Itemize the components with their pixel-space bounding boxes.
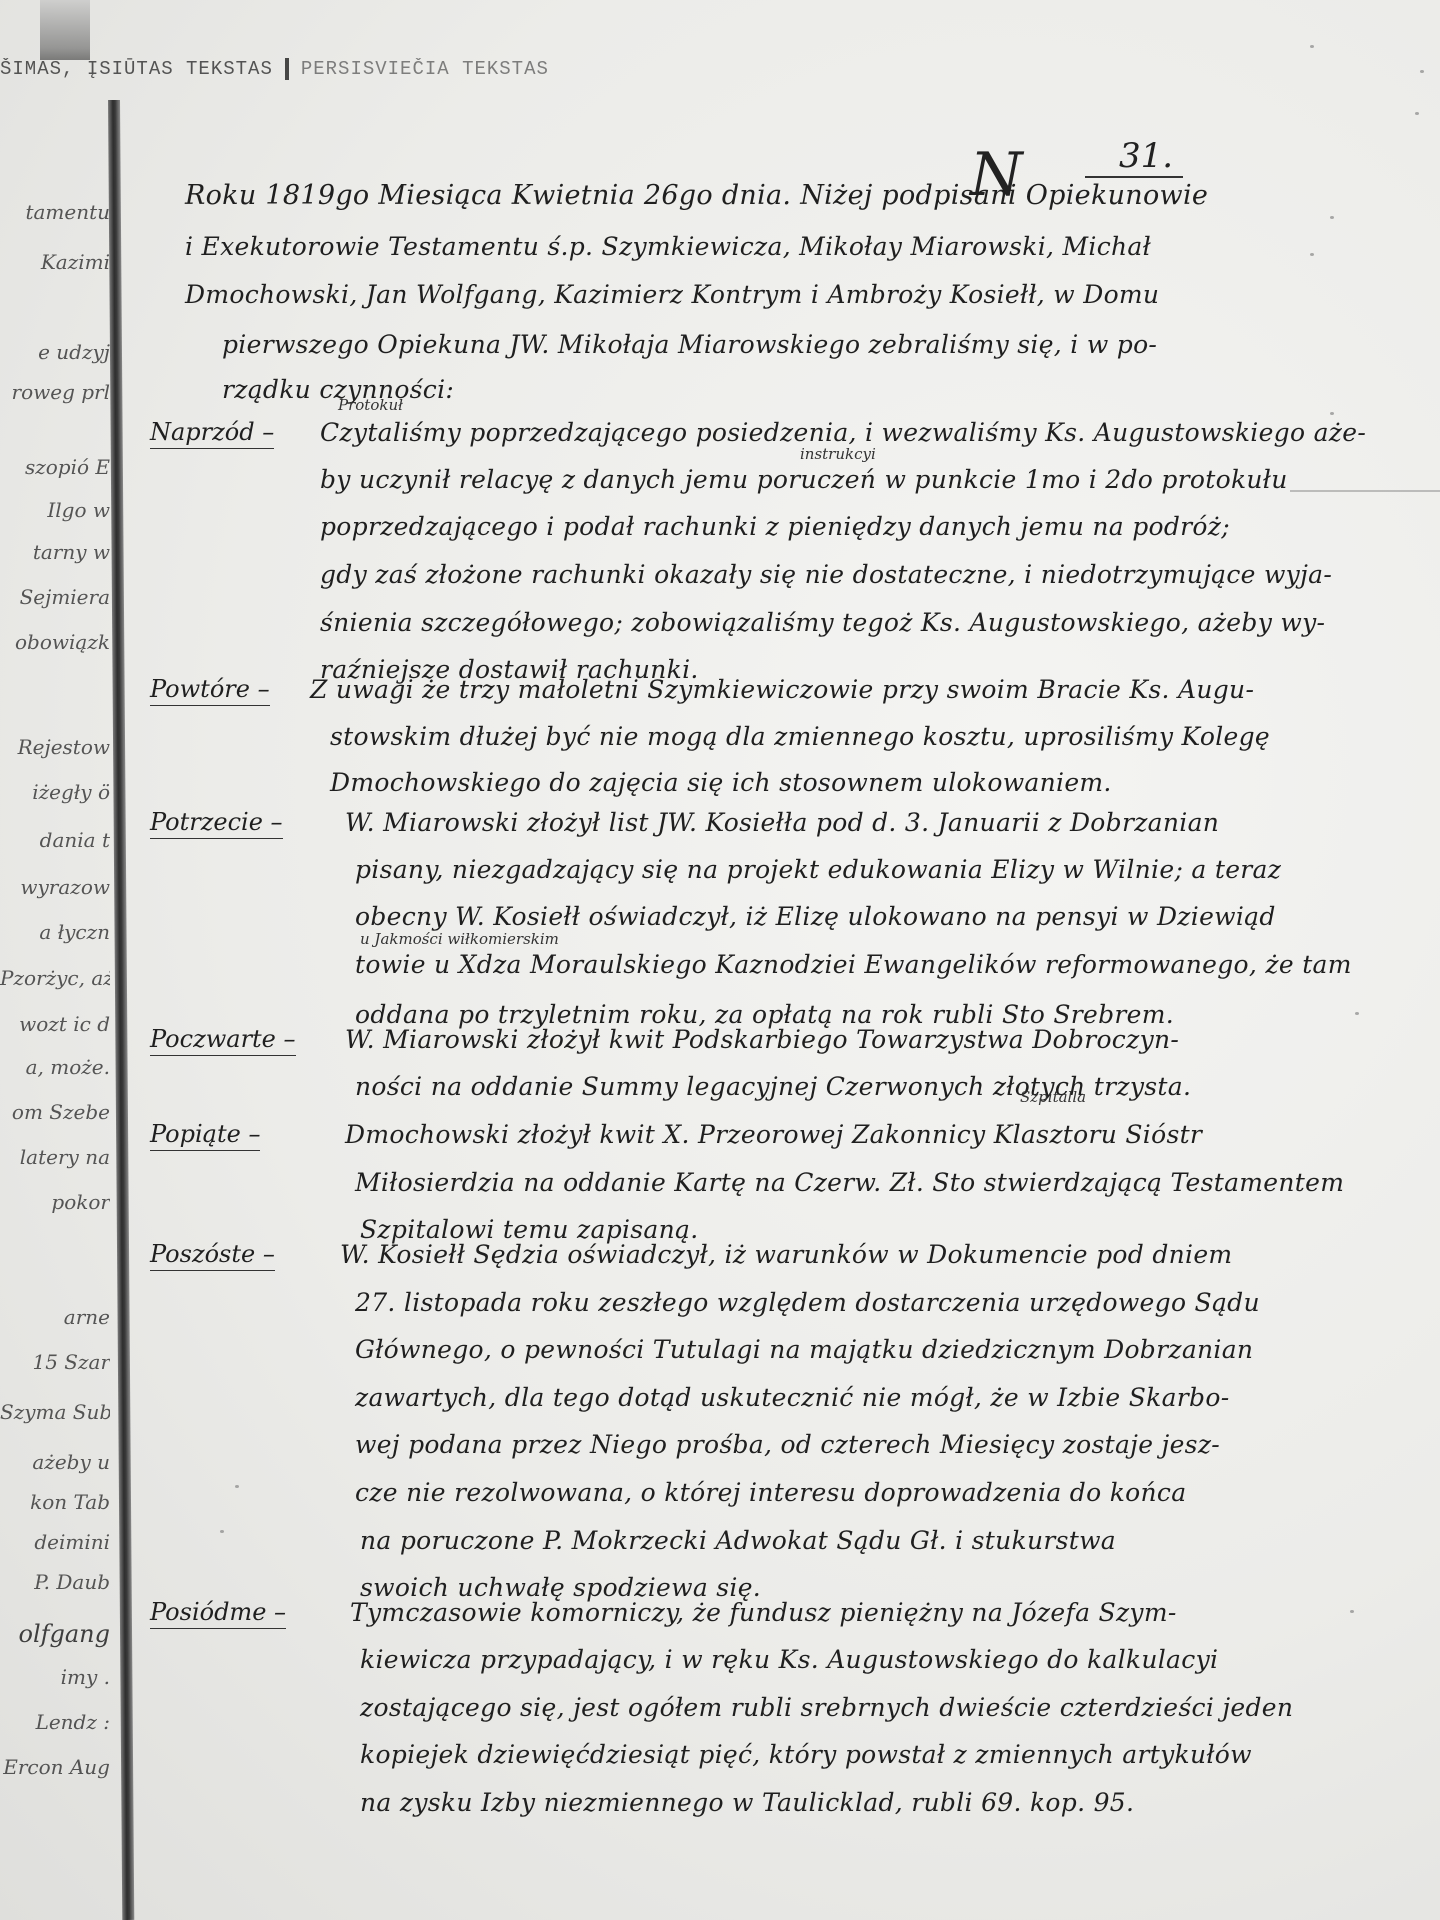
section-line: Dmochowski złożył kwit X. Przeorowej Zak… (345, 1120, 1202, 1149)
margin-fragment: obowiązk (0, 630, 110, 654)
scan-speck (1350, 1610, 1354, 1613)
section-line: na zysku Izby niezmiennego w Taulicklad,… (360, 1788, 1134, 1817)
section-line: W. Miarowski złożył list JW. Kosiełła po… (345, 808, 1219, 837)
section-heading-powtore: Powtóre (150, 675, 270, 706)
section-line: zostającego się, jest ogółem rubli srebr… (360, 1693, 1293, 1722)
section-line: Miłosierdzia na oddanie Kartę na Czerw. … (355, 1168, 1344, 1197)
section-line: pisany, niezgadzający się na projekt edu… (355, 855, 1281, 884)
margin-fragment: kon Tab (0, 1490, 110, 1514)
section-line: poprzedzającego i podał rachunki z pieni… (320, 512, 1230, 541)
margin-fragment: szopió E (0, 455, 110, 479)
section-heading-posiodme: Posiódme (150, 1598, 286, 1629)
margin-fragment: Szyma Sub (0, 1400, 110, 1424)
section-line: Głównego, o pewności Tutulagi na majątku… (355, 1335, 1253, 1364)
section-heading-poczwarte: Poczwarte (150, 1025, 296, 1056)
intro-line: Roku 1819go Miesiąca Kwietnia 26go dnia.… (185, 180, 1208, 211)
margin-fragment: deimini (0, 1530, 110, 1554)
margin-fragment: 15 Szar (0, 1350, 110, 1374)
interlinear-insert: instrukcyi (800, 445, 876, 463)
section-heading-potrzecie: Potrzecie (150, 808, 283, 839)
margin-fragment: imy . (0, 1665, 110, 1689)
margin-fragment: roweg prl (0, 380, 110, 404)
section-line: cze nie rezolwowana, o której interesu d… (355, 1478, 1186, 1507)
margin-fragment: tarny w (0, 540, 110, 564)
intro-line: Dmochowski, Jan Wolfgang, Kazimierz Kont… (185, 280, 1159, 309)
intro-line: i Exekutorowie Testamentu ś.p. Szymkiewi… (185, 232, 1151, 261)
stamp-separator (285, 58, 289, 80)
fold-mark (1290, 490, 1440, 492)
margin-fragment: a łyczn (0, 920, 110, 944)
margin-fragment: e udzyj (0, 340, 110, 364)
scan-speck (1310, 45, 1314, 48)
section-line: Z uwagi że trzy małoletni Szymkiewiczowi… (310, 675, 1254, 704)
section-line: śnienia szczegółowego; zobowiązaliśmy te… (320, 608, 1325, 637)
margin-fragment: pokor (0, 1190, 110, 1214)
interlinear-insert: u Jakmości wiłkomierskim (360, 930, 559, 948)
section-line: wej podana przez Niego prośba, od cztere… (355, 1430, 1220, 1459)
interlinear-insert: Protokuł (338, 396, 403, 414)
binding-line (108, 100, 134, 1920)
scan-speck (1330, 216, 1334, 219)
section-line: stowskim dłużej być nie mogą dla zmienne… (330, 722, 1270, 751)
scan-speck (235, 1485, 239, 1488)
margin-fragment: Lendz : (0, 1710, 110, 1734)
section-line: Dmochowskiego do zajęcia się ich stosown… (330, 768, 1112, 797)
margin-fragment: Kazimi (0, 250, 110, 274)
margin-fragment: P. Daub (0, 1570, 110, 1594)
section-line: by uczynił relacyę z danych jemu porucze… (320, 465, 1288, 494)
margin-fragment: Ercon Aug (0, 1755, 110, 1779)
margin-fragment: Sejmiera (0, 585, 110, 609)
margin-fragment: a, może. (0, 1055, 110, 1079)
section-line: towie u Xdza Moraulskiego Kaznodziei Ewa… (355, 950, 1352, 979)
margin-fragment: Ilgo w (0, 498, 110, 522)
scan-speck (1415, 112, 1419, 115)
section-line: Czytaliśmy poprzedzającego posiedzenia, … (320, 418, 1366, 447)
section-line: Tymczasowie komorniczy, że fundusz pieni… (350, 1598, 1177, 1627)
section-line: W. Miarowski złożył kwit Podskarbiego To… (345, 1025, 1179, 1054)
section-heading-popiate: Popiąte (150, 1120, 260, 1151)
intro-line: pierwszego Opiekuna JW. Mikołaja Miarows… (222, 330, 1157, 359)
section-line: 27. listopada roku zeszłego względem dos… (355, 1288, 1260, 1317)
scan-speck (1330, 412, 1334, 415)
interlinear-insert: Szpitalla (1020, 1088, 1086, 1106)
scan-speck (1355, 1012, 1359, 1015)
reference-number: 31. (1085, 136, 1183, 178)
scan-speck (1310, 253, 1314, 256)
section-line: gdy zaś złożone rachunki okazały się nie… (320, 560, 1332, 589)
section-heading-poszoste: Poszóste (150, 1240, 275, 1271)
margin-fragment: Rejestow (0, 735, 110, 759)
section-line: na poruczone P. Mokrzecki Adwokat Sądu G… (360, 1526, 1116, 1555)
section-line: zawartych, dla tego dotąd uskutecznić ni… (355, 1383, 1229, 1412)
margin-fragment: olfgang (0, 1620, 110, 1648)
section-heading-naprzod: Naprzód (150, 418, 274, 449)
margin-fragment: Pzorżyc, aż (0, 966, 110, 990)
left-page-fragments: tamentu Kazimi e udzyj roweg prl szopió … (0, 0, 110, 1920)
section-line: W. Kosiełł Sędzia oświadczył, iż warunkó… (340, 1240, 1232, 1269)
scan-speck (220, 1530, 224, 1533)
section-line: kiewicza przypadający, i w ręku Ks. Augu… (360, 1645, 1218, 1674)
margin-fragment: latery na (0, 1145, 110, 1169)
margin-fragment: om Szebe (0, 1100, 110, 1124)
margin-fragment: ażeby u (0, 1450, 110, 1474)
document-page: ŠIMAS, ĮSIŪTAS TEKSTASPERSISVIEČIA TEKST… (0, 0, 1440, 1920)
margin-fragment: iżegły ö (0, 780, 110, 804)
margin-fragment: wozt ic d (0, 1012, 110, 1036)
margin-fragment: wyrazow (0, 875, 110, 899)
stamp-right-text: PERSISVIEČIA TEKSTAS (301, 58, 549, 80)
scan-speck (1420, 70, 1424, 73)
margin-fragment: tamentu (0, 200, 110, 224)
margin-fragment: dania t (0, 828, 110, 852)
margin-fragment: arne (0, 1305, 110, 1329)
section-line: kopiejek dziewięćdziesiąt pięć, który po… (360, 1740, 1252, 1769)
section-line: obecny W. Kosiełł oświadczył, iż Elizę u… (355, 902, 1276, 931)
